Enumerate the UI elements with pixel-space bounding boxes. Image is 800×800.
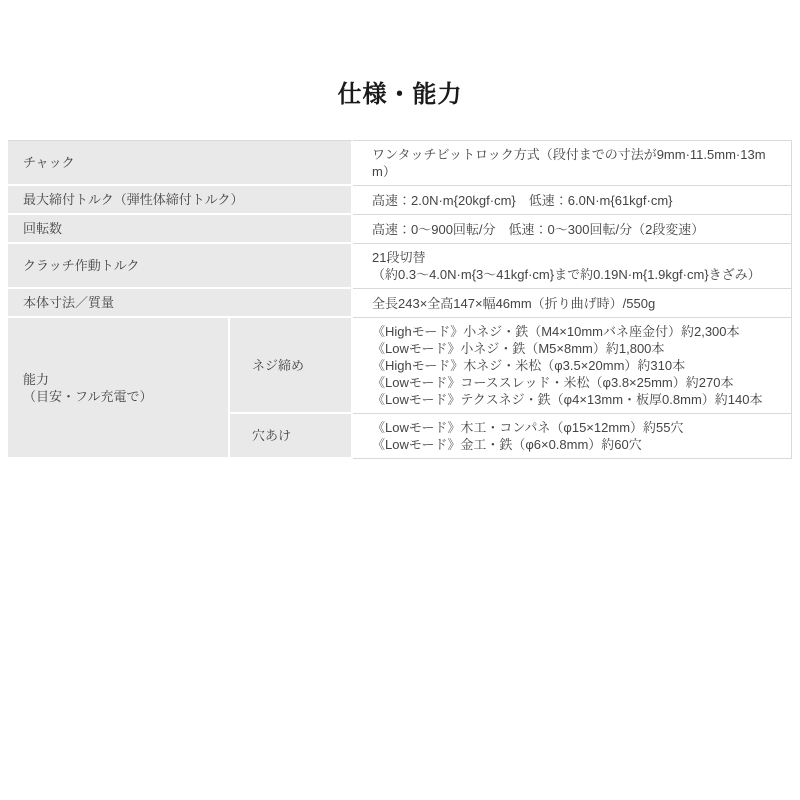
table-row-clutch-torque: クラッチ作動トルク 21段切替（約0.3〜4.0N·m{3〜41kgf·cm}ま… <box>8 244 792 289</box>
table-row-capability-screw: 能力（目安・フル充電で） ネジ締め 《Highモード》小ネジ・鉄（M4×10mm… <box>8 318 792 414</box>
spec-table: チャック ワンタッチビットロック方式（段付までの寸法が9mm·11.5mm·13… <box>8 140 792 459</box>
spec-row-label: 本体寸法／質量 <box>8 289 353 318</box>
table-row-rotation-speed: 回転数 高速：0〜900回転/分 低速：0〜300回転/分（2段変速） <box>8 215 792 244</box>
page-title: 仕様・能力 <box>0 0 800 109</box>
table-row-chuck: チャック ワンタッチビットロック方式（段付までの寸法が9mm·11.5mm·13… <box>8 140 792 186</box>
table-row-max-torque: 最大締付トルク（弾性体締付トルク） 高速：2.0N·m{20kgf·cm} 低速… <box>8 186 792 215</box>
spec-row-label: 回転数 <box>8 215 353 244</box>
spec-page: 仕様・能力 チャック ワンタッチビットロック方式（段付までの寸法が9mm·11.… <box>0 0 800 800</box>
spec-row-value: 高速：2.0N·m{20kgf·cm} 低速：6.0N·m{61kgf·cm} <box>353 186 792 215</box>
capability-sublabel-drill: 穴あけ <box>230 414 353 459</box>
spec-table-container: チャック ワンタッチビットロック方式（段付までの寸法が9mm·11.5mm·13… <box>8 140 792 459</box>
capability-value-drill: 《Lowモード》木工・コンパネ（φ15×12mm）約55穴《Lowモード》金工・… <box>353 414 792 459</box>
spec-row-value: 全長243×全高147×幅46mm（折り曲げ時）/550g <box>353 289 792 318</box>
table-row-dimensions-mass: 本体寸法／質量 全長243×全高147×幅46mm（折り曲げ時）/550g <box>8 289 792 318</box>
spec-row-label: クラッチ作動トルク <box>8 244 353 289</box>
spec-row-value: ワンタッチビットロック方式（段付までの寸法が9mm·11.5mm·13mm） <box>353 140 792 186</box>
spec-row-value: 21段切替（約0.3〜4.0N·m{3〜41kgf·cm}まで約0.19N·m{… <box>353 244 792 289</box>
capability-sublabel-screw: ネジ締め <box>230 318 353 414</box>
capability-value-screw: 《Highモード》小ネジ・鉄（M4×10mmバネ座金付）約2,300本《Lowモ… <box>353 318 792 414</box>
capability-label: 能力（目安・フル充電で） <box>8 318 230 459</box>
spec-row-label: チャック <box>8 140 353 186</box>
spec-row-value: 高速：0〜900回転/分 低速：0〜300回転/分（2段変速） <box>353 215 792 244</box>
spec-row-label: 最大締付トルク（弾性体締付トルク） <box>8 186 353 215</box>
